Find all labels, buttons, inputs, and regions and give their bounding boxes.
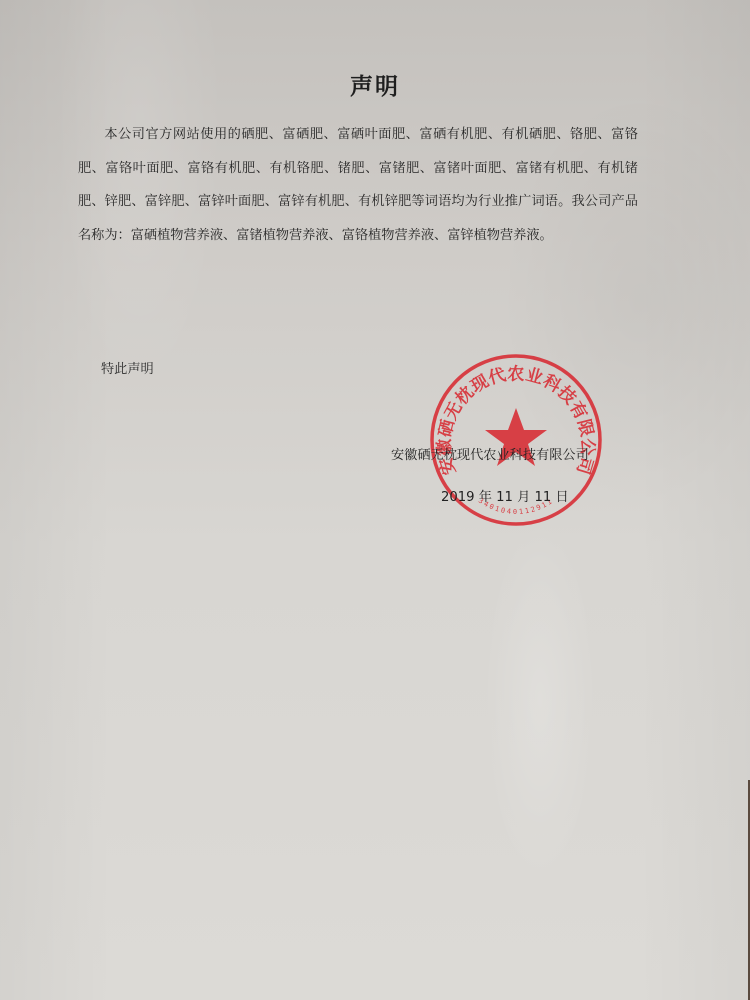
- body-paragraph: 本公司官方网站使用的硒肥、富硒肥、富硒叶面肥、富硒有机肥、有机硒肥、铬肥、富铬肥…: [78, 118, 638, 252]
- document-date: 2019 年 11 月 11 日: [441, 486, 569, 505]
- closing-statement: 特此声明: [101, 358, 154, 377]
- company-name: 安徽硒无枕现代农业科技有限公司: [391, 444, 589, 463]
- document-title: 声明: [0, 68, 750, 101]
